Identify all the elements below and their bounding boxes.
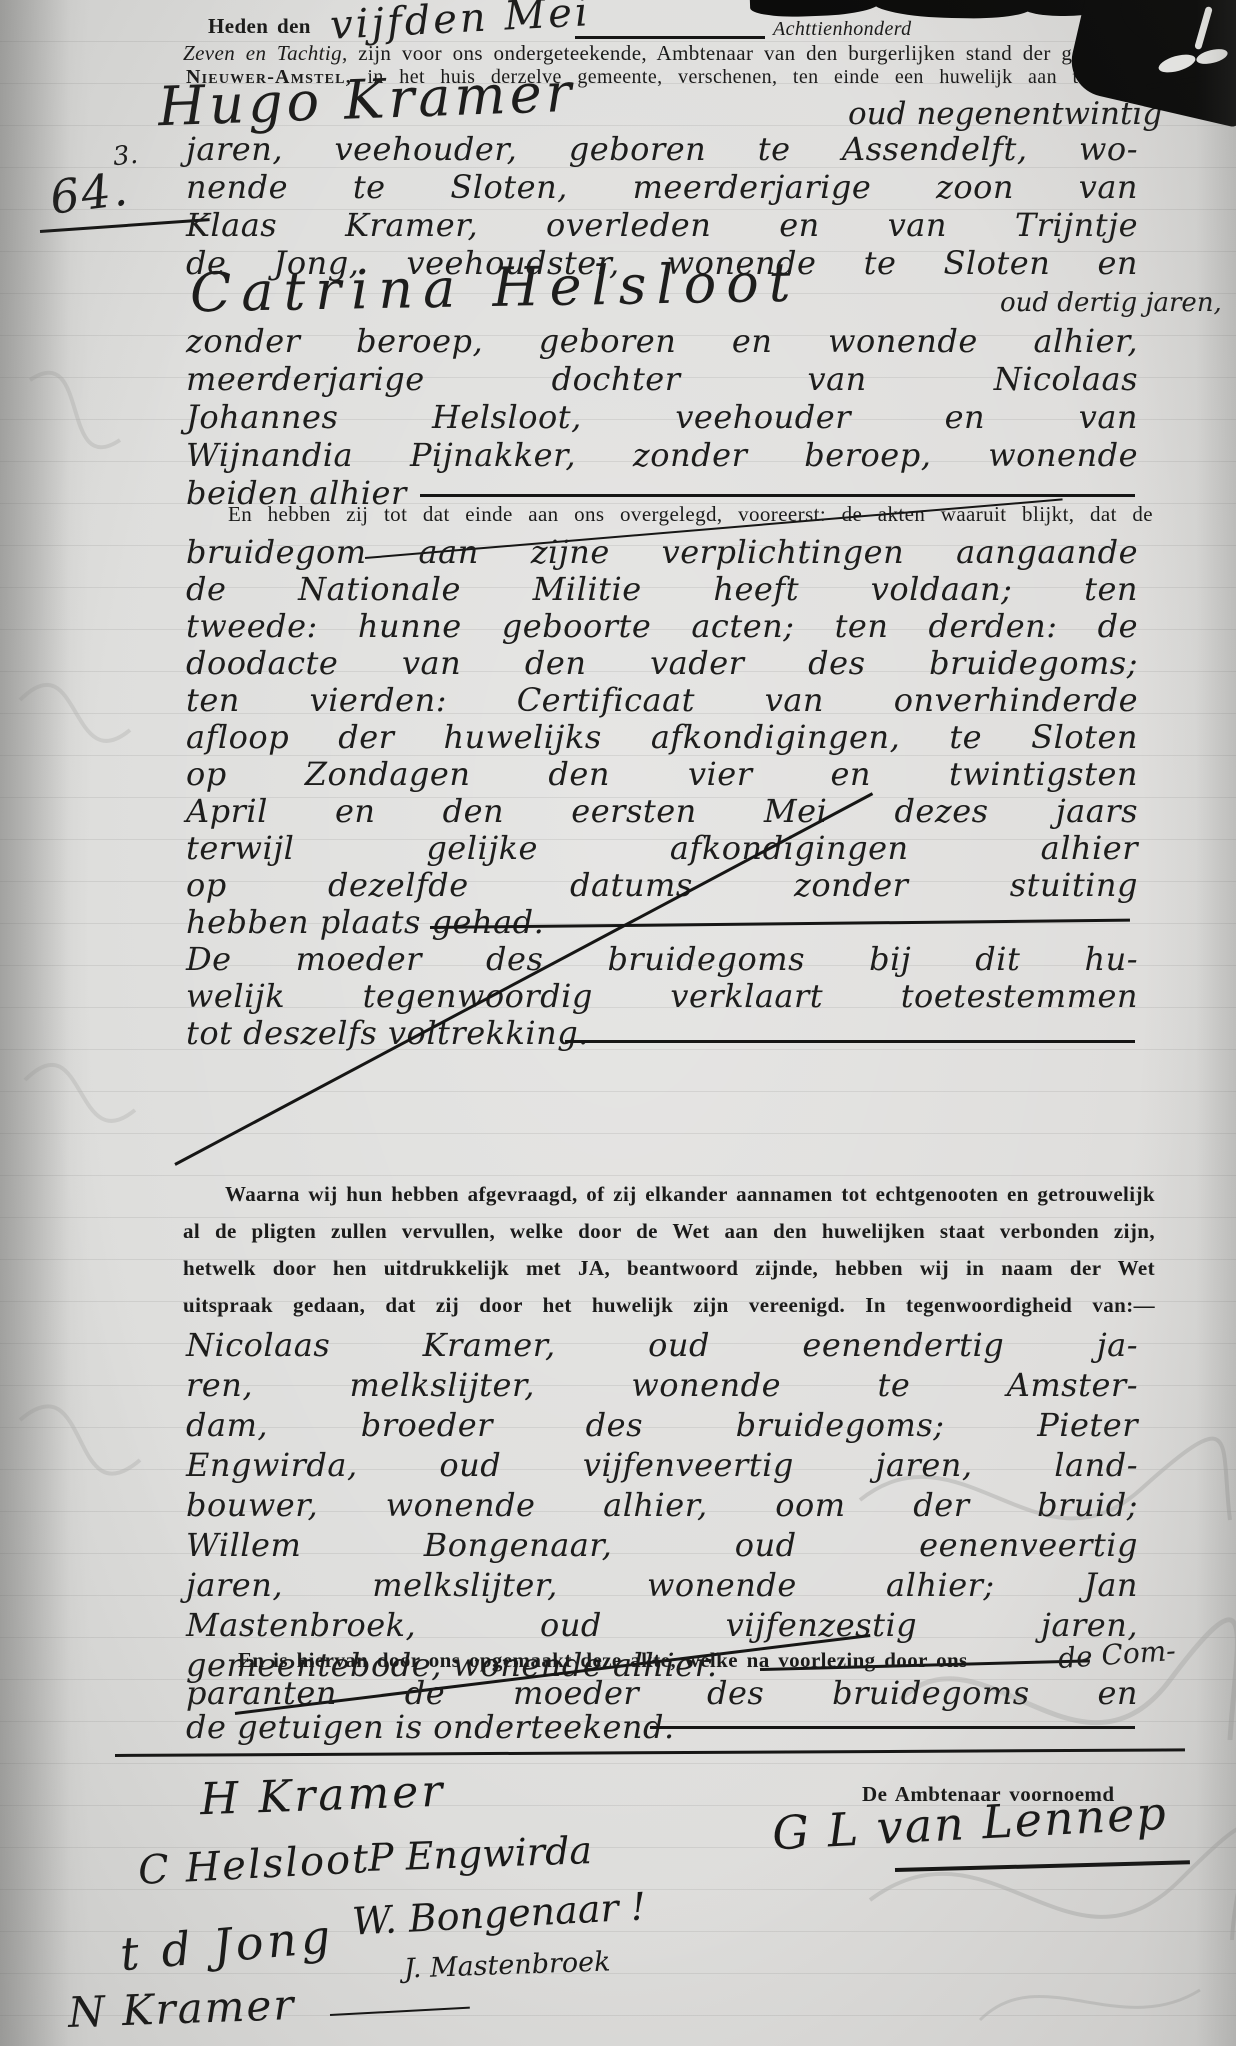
documents-line: de Nationale Militie heeft voldaan; ten [186,570,1138,608]
signature-witness-bongenaar: W. Bongenaar ! [351,1884,647,1943]
documents-line: welijk tegenwoordig verklaart toetestemm… [186,977,1138,1015]
fill-line [650,1726,1135,1729]
signature-tail-flourish [330,2007,470,2016]
witness-line: Engwirda, oud vijfenveertig jaren, land- [186,1446,1138,1484]
signature-groom: H Kramer [199,1766,446,1826]
documents-line: bruidegom aan zijne verplichtingen aanga… [186,533,1138,571]
bride-line: zonder beroep, geboren en wonende alhier… [186,322,1138,360]
section-divider-line [115,1748,1185,1757]
official-signature-underline [895,1860,1190,1872]
bride-line: Johannes Helsloot, veehouder en van [186,398,1138,436]
groom-line: nende te Sloten, meerderjarige zoon van [186,168,1138,206]
groom-line: jaren, veehouder, geboren te Assendelft,… [186,130,1138,168]
documents-line: op dezelfde datums zonder stuiting [186,866,1138,904]
documents-line: ten vierden: Certificaat van onverhinder… [186,681,1138,719]
printed-vows-line: uitspraak gedaan, dat zij door het huwel… [183,1293,1155,1318]
bride-line: meerderjarige dochter van Nicolaas [186,360,1138,398]
signature-bride: C Helsloot [137,1836,371,1894]
date-fill-line [575,36,765,39]
documents-line: tweede: hunne geboorte acten; ten derden… [186,607,1138,645]
groom-line1-rest: oud negenentwintig [848,96,1162,132]
printed-line2-rest: zijn voor ons ondergeteekende, Ambtenaar… [358,41,1145,65]
witness-line: Mastenbroek, oud vijfenzestig jaren, [186,1606,1138,1644]
scan-blotch [872,0,1032,19]
groom-name: Hugo Kramer [157,61,576,139]
printed-documents-intro: En hebben zij tot dat einde aan ons over… [228,502,1153,527]
printed-closing-intro: En is hiervan door ons opgemaakt deze ak… [238,1648,968,1673]
groom-line: Klaas Kramer, overleden en van Trijntje [186,206,1138,244]
closing-line: paranten de moeder des bruidegoms en [186,1674,1138,1712]
bride-name: Catrina Helsloot [189,251,800,325]
documents-line: terwijl gelijke afkondigingen alhier [186,829,1138,867]
closing-handwritten-inline: de Com- [1057,1634,1177,1675]
documents-line: April en den eersten Mei dezes jaars [186,792,1138,830]
marriage-record-scan: 3. 64. Heden den vijfden Mei Achttienhon… [0,0,1236,2046]
witness-line: jaren, melkslijter, wonende alhier; Jan [186,1566,1138,1604]
margin-act-number: 64. [47,161,132,224]
bride-line1-rest: oud dertig jaren, [1000,288,1222,318]
documents-line: afloop der huwelijks afkondigingen, te S… [186,718,1138,756]
documents-line: op Zondagen den vier en twintigsten [186,755,1138,793]
documents-line: De moeder des bruidegoms bij dit hu- [186,940,1138,978]
fill-line [565,1040,1135,1043]
printed-vows-line: hetwelk door hen uitdrukkelijk met JA, b… [183,1256,1155,1281]
witness-line: Willem Bongenaar, oud eenenveertig [186,1526,1138,1564]
witness-line: Nicolaas Kramer, oud eenendertig ja- [186,1326,1138,1364]
signature-witness-engwirda: P Engwirda [367,1828,592,1880]
printed-year-start: Zeven en Tachtig, [183,41,348,65]
signature-mother-groom: t d Jong [118,1909,336,1981]
witness-line: ren, melkslijter, wonende te Amster- [186,1366,1138,1404]
documents-line: tot deszelfs voltrekking. [186,1014,1138,1052]
printed-vows-line: Waarna wij hun hebben afgevraagd, of zij… [183,1182,1155,1207]
signature-witness-mastenbroek: J. Mastenbroek [404,1946,611,1984]
bleed-through-ghost-writing-left [0,300,160,1600]
documents-line: doodacte van den vader des bruidegoms; [186,644,1138,682]
printed-vows-line: al de pligten zullen vervullen, welke do… [183,1219,1155,1244]
signature-official: G L van Lennep [771,1786,1169,1861]
fill-line [420,494,1135,497]
bride-line: Wijnandia Pijnakker, zonder beroep, wone… [186,436,1138,474]
signature-witness-kramer: N Kramer [67,1980,296,2037]
witness-line: dam, broeder des bruidegoms; Pieter [186,1406,1138,1444]
witness-line: bouwer, wonende alhier, oom der bruid; [186,1486,1138,1524]
printed-heden-den: Heden den [208,14,311,39]
printed-achttienhonderd: Achttienhonderd [773,18,912,41]
scan-blotch [750,0,881,18]
printed-header-line2: Zeven en Tachtig, zijn voor ons onderget… [183,41,1145,66]
